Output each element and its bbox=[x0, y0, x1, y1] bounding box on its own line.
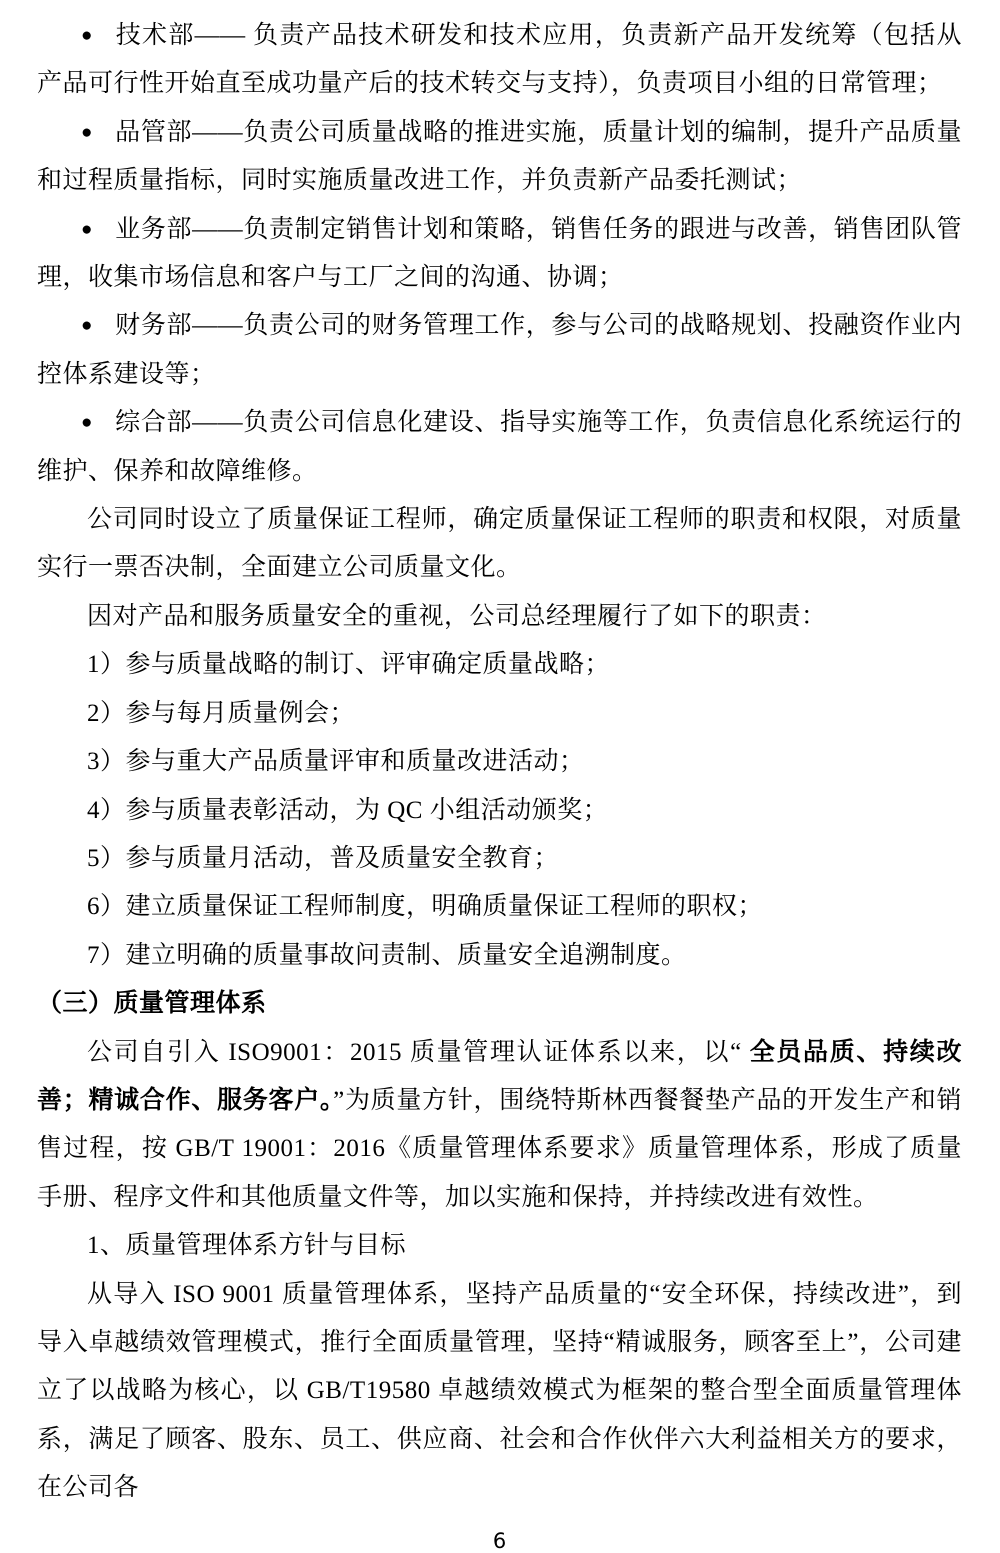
bullet-icon: ● bbox=[81, 122, 93, 143]
bullet-text: 品管部——负责公司质量战略的推进实施，质量计划的编制，提升产品质量和过程质量指标… bbox=[37, 119, 962, 194]
bullet-item-general-dept: ●综合部——负责公司信息化建设、指导实施等工作，负责信息化系统运行的维护、保养和… bbox=[37, 399, 962, 496]
numbered-item-2: 2）参与每月质量例会； bbox=[37, 690, 962, 738]
numbered-item-3: 3）参与重大产品质量评审和质量改进活动； bbox=[37, 738, 962, 786]
paragraph-gm-duties-intro: 因对产品和服务质量安全的重视，公司总经理履行了如下的职责： bbox=[37, 593, 962, 641]
bullet-item-sales-dept: ●业务部——负责制定销售计划和策略，销售任务的跟进与改善，销售团队管理，收集市场… bbox=[37, 206, 962, 303]
page-footer: 6 bbox=[37, 1529, 962, 1553]
policy-text-pre: 公司自引入 ISO9001：2015 质量管理认证体系以来，以“ bbox=[87, 1039, 750, 1066]
bullet-icon: ● bbox=[81, 219, 93, 240]
bullet-icon: ● bbox=[81, 315, 93, 336]
bullet-icon: ● bbox=[81, 25, 94, 46]
paragraph-quality-policy: 公司自引入 ISO9001：2015 质量管理认证体系以来，以“ 全员品质、持续… bbox=[37, 1029, 962, 1223]
paragraph-tqm-system: 从导入 ISO 9001 质量管理体系，坚持产品质量的“安全环保，持续改进”，到… bbox=[37, 1271, 962, 1513]
document-page: ●技术部—— 负责产品技术研发和技术应用，负责新产品开发统筹（包括从产品可行性开… bbox=[0, 0, 1000, 1553]
bullet-text: 综合部——负责公司信息化建设、指导实施等工作，负责信息化系统运行的维护、保养和故… bbox=[37, 409, 962, 484]
bullet-item-quality-dept: ●品管部——负责公司质量战略的推进实施，质量计划的编制，提升产品质量和过程质量指… bbox=[37, 109, 962, 206]
paragraph-qa-engineer: 公司同时设立了质量保证工程师，确定质量保证工程师的职责和权限，对质量实行一票否决… bbox=[37, 496, 962, 593]
page-number: 6 bbox=[493, 1529, 506, 1553]
subheading-policy-goals: 1、质量管理体系方针与目标 bbox=[37, 1222, 962, 1270]
numbered-item-6: 6）建立质量保证工程师制度，明确质量保证工程师的职权； bbox=[37, 883, 962, 931]
numbered-item-5: 5）参与质量月活动，普及质量安全教育； bbox=[37, 835, 962, 883]
bullet-item-tech-dept: ●技术部—— 负责产品技术研发和技术应用，负责新产品开发统筹（包括从产品可行性开… bbox=[37, 12, 962, 109]
bullet-text: 技术部—— 负责产品技术研发和技术应用，负责新产品开发统筹（包括从产品可行性开始… bbox=[37, 22, 962, 97]
bullet-icon: ● bbox=[81, 412, 93, 433]
bullet-item-finance-dept: ●财务部——负责公司的财务管理工作，参与公司的战略规划、投融资作业内控体系建设等… bbox=[37, 302, 962, 399]
numbered-item-4: 4）参与质量表彰活动，为 QC 小组活动颁奖； bbox=[37, 787, 962, 835]
bullet-text: 业务部——负责制定销售计划和策略，销售任务的跟进与改善，销售团队管理，收集市场信… bbox=[37, 216, 962, 291]
numbered-item-1: 1）参与质量战略的制订、评审确定质量战略； bbox=[37, 641, 962, 689]
section-heading-quality-system: （三）质量管理体系 bbox=[37, 980, 962, 1028]
numbered-item-7: 7）建立明确的质量事故问责制、质量安全追溯制度。 bbox=[37, 932, 962, 980]
bullet-text: 财务部——负责公司的财务管理工作，参与公司的战略规划、投融资作业内控体系建设等； bbox=[37, 312, 962, 387]
